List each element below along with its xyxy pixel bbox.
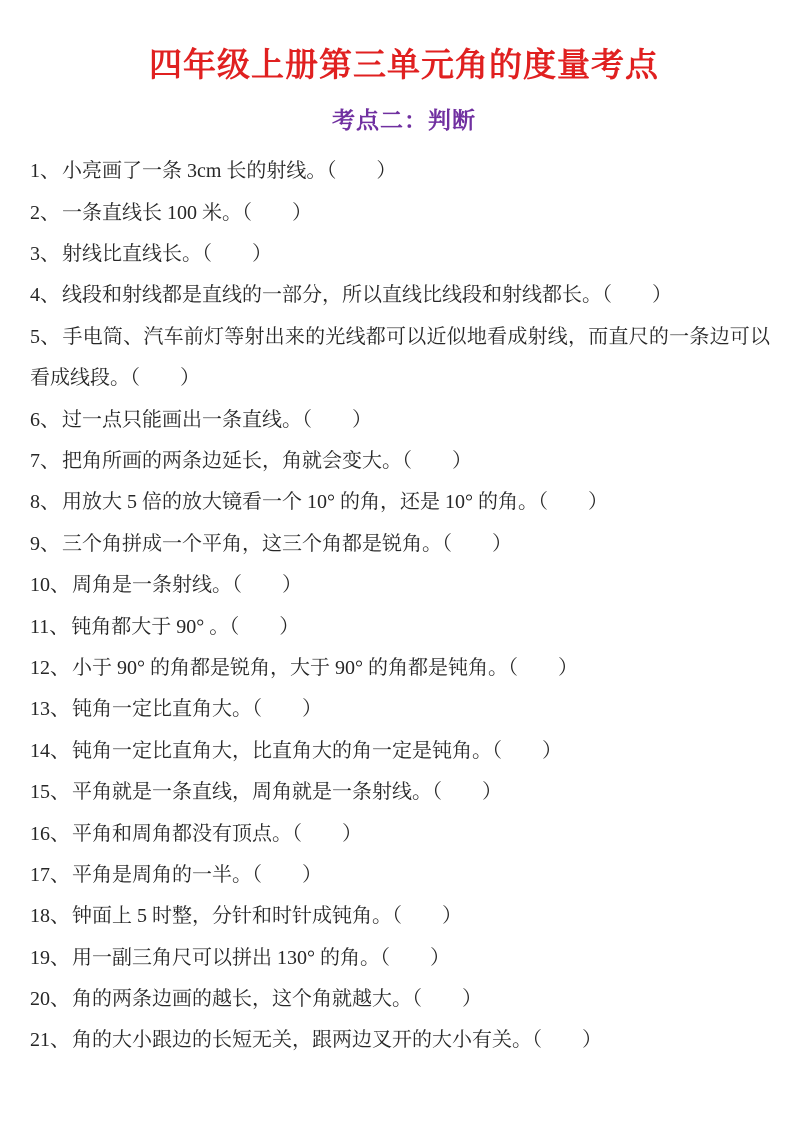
question-item: 19、用一副三角尺可以拼出 130° 的角。（ ） (30, 938, 770, 979)
question-number: 13、 (30, 698, 72, 720)
question-number: 14、 (30, 740, 72, 762)
question-text: 小亮画了一条 3cm 长的射线。 (62, 160, 326, 182)
question-item: 4、线段和射线都是直线的一部分，所以直线比线段和射线都长。（ ） (30, 275, 770, 316)
question-number: 2、 (30, 202, 62, 224)
question-number: 20、 (30, 988, 72, 1010)
question-number: 10、 (30, 574, 72, 596)
question-item: 14、钝角一定比直角大，比直角大的角一定是钝角。（ ） (30, 731, 770, 772)
question-text: 平角就是一条直线，周角就是一条射线。 (72, 781, 432, 803)
answer-blank: （ ） (442, 533, 512, 555)
question-number: 9、 (30, 533, 62, 555)
question-item: 8、用放大 5 倍的放大镜看一个 10° 的角，还是 10° 的角。（ ） (30, 482, 770, 523)
question-text: 线段和射线都是直线的一部分，所以直线比线段和射线都长。 (62, 284, 602, 306)
question-number: 7、 (30, 450, 62, 472)
question-item: 9、三个角拼成一个平角，这三个角都是锐角。（ ） (30, 524, 770, 565)
section-heading: 考点二：判断 (0, 102, 808, 135)
question-item: 21、角的大小跟边的长短无关，跟两边叉开的大小有关。（ ） (30, 1020, 770, 1061)
question-item: 20、角的两条边画的越长，这个角就越大。（ ） (30, 979, 770, 1020)
question-text: 射线比直线长。 (62, 243, 202, 265)
question-text: 过一点只能画出一条直线。 (62, 409, 302, 431)
answer-blank: （ ） (412, 988, 482, 1010)
answer-blank: （ ） (252, 864, 322, 886)
question-item: 16、平角和周角都没有顶点。（ ） (30, 814, 770, 855)
question-text: 平角是周角的一半。 (72, 864, 252, 886)
question-number: 17、 (30, 864, 72, 886)
question-text: 角的两条边画的越长，这个角就越大。 (72, 988, 412, 1010)
question-item: 11、钝角都大于 90° 。（ ） (30, 607, 770, 648)
question-item: 13、钝角一定比直角大。（ ） (30, 689, 770, 730)
question-text: 钝角一定比直角大，比直角大的角一定是钝角。 (72, 740, 492, 762)
question-number: 8、 (30, 491, 62, 513)
answer-blank: （ ） (602, 284, 672, 306)
question-text: 平角和周角都没有顶点。 (72, 823, 292, 845)
answer-blank: （ ） (252, 698, 322, 720)
answer-blank: （ ） (508, 657, 578, 679)
question-item: 18、钟面上 5 时整，分针和时针成钝角。（ ） (30, 896, 770, 937)
question-item: 1、小亮画了一条 3cm 长的射线。（ ） (30, 151, 770, 192)
question-number: 18、 (30, 905, 72, 927)
question-number: 1、 (30, 160, 62, 182)
question-text: 用一副三角尺可以拼出 130° 的角。 (72, 947, 380, 969)
question-number: 11、 (30, 616, 71, 638)
question-item: 5、手电筒、汽车前灯等射出来的光线都可以近似地看成射线，而直尺的一条边可以看成线… (30, 317, 770, 400)
question-number: 16、 (30, 823, 72, 845)
question-number: 6、 (30, 409, 62, 431)
question-text: 小于 90° 的角都是锐角，大于 90° 的角都是钝角。 (72, 657, 508, 679)
question-item: 6、过一点只能画出一条直线。（ ） (30, 400, 770, 441)
answer-blank: （ ） (402, 450, 472, 472)
question-text: 一条直线长 100 米。 (62, 202, 242, 224)
answer-blank: （ ） (232, 574, 302, 596)
answer-blank: （ ） (392, 905, 462, 927)
answer-blank: （ ） (202, 243, 272, 265)
question-item: 12、小于 90° 的角都是锐角，大于 90° 的角都是钝角。（ ） (30, 648, 770, 689)
question-number: 5、 (30, 326, 62, 348)
question-number: 19、 (30, 947, 72, 969)
answer-blank: （ ） (229, 616, 299, 638)
question-text: 用放大 5 倍的放大镜看一个 10° 的角，还是 10° 的角。 (62, 491, 538, 513)
page-title: 四年级上册第三单元角的度量考点 (10, 46, 798, 87)
answer-blank: （ ） (302, 409, 372, 431)
question-text: 角的大小跟边的长短无关，跟两边叉开的大小有关。 (72, 1029, 532, 1051)
answer-blank: （ ） (130, 367, 200, 389)
answer-blank: （ ） (242, 202, 312, 224)
answer-blank: （ ） (538, 491, 608, 513)
answer-blank: （ ） (326, 160, 396, 182)
answer-blank: （ ） (532, 1029, 602, 1051)
question-text: 把角所画的两条边延长，角就会变大。 (62, 450, 402, 472)
answer-blank: （ ） (380, 947, 450, 969)
question-item: 15、平角就是一条直线，周角就是一条射线。（ ） (30, 772, 770, 813)
question-number: 12、 (30, 657, 72, 679)
question-text: 周角是一条射线。 (72, 574, 232, 596)
question-number: 15、 (30, 781, 72, 803)
question-text: 钟面上 5 时整，分针和时针成钝角。 (72, 905, 392, 927)
question-item: 3、射线比直线长。（ ） (30, 234, 770, 275)
question-number: 4、 (30, 284, 62, 306)
worksheet-page: 四年级上册第三单元角的度量考点 考点二：判断 1、小亮画了一条 3cm 长的射线… (0, 0, 808, 1122)
question-number: 3、 (30, 243, 62, 265)
answer-blank: （ ） (292, 823, 362, 845)
answer-blank: （ ） (492, 740, 562, 762)
question-item: 10、周角是一条射线。（ ） (30, 565, 770, 606)
question-number: 21、 (30, 1029, 72, 1051)
question-list: 1、小亮画了一条 3cm 长的射线。（ ）2、一条直线长 100 米。（ ）3、… (0, 151, 808, 1062)
answer-blank: （ ） (432, 781, 502, 803)
question-item: 7、把角所画的两条边延长，角就会变大。（ ） (30, 441, 770, 482)
question-text: 钝角都大于 90° 。 (71, 616, 229, 638)
question-text: 钝角一定比直角大。 (72, 698, 252, 720)
question-text: 三个角拼成一个平角，这三个角都是锐角。 (62, 533, 442, 555)
question-item: 17、平角是周角的一半。（ ） (30, 855, 770, 896)
question-item: 2、一条直线长 100 米。（ ） (30, 193, 770, 234)
